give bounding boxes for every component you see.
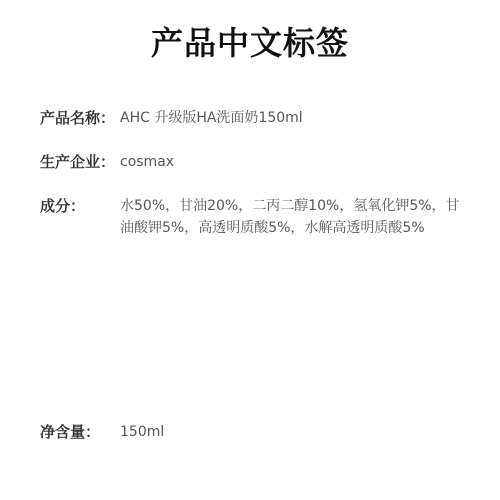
manufacturer-label: 生产企业： [40,151,120,173]
field-row-ingredients: 成分： 水50%，甘油20%，二丙二醇10%，氢氧化钾5%，甘油酸钾5%，高透明… [0,195,500,239]
product-label-page: 产品中文标签 产品名称： AHC 升级版HA洗面奶150ml 生产企业： cos… [0,0,500,500]
ingredients-label: 成分： [40,195,120,217]
page-title: 产品中文标签 [0,0,500,62]
net-content-label: 净含量： [40,421,120,443]
field-row-manufacturer: 生产企业： cosmax [0,151,500,173]
net-content-value: 150ml [120,421,462,443]
product-name-value: AHC 升级版HA洗面奶150ml [120,107,462,129]
label-rows: 产品名称： AHC 升级版HA洗面奶150ml 生产企业： cosmax 成分：… [0,107,500,443]
field-row-net-content: 净含量： 150ml [0,421,500,443]
field-row-product-name: 产品名称： AHC 升级版HA洗面奶150ml [0,107,500,129]
ingredients-value: 水50%，甘油20%，二丙二醇10%，氢氧化钾5%，甘油酸钾5%，高透明质酸5%… [120,195,462,239]
manufacturer-value: cosmax [120,151,462,173]
product-name-label: 产品名称： [40,107,120,129]
